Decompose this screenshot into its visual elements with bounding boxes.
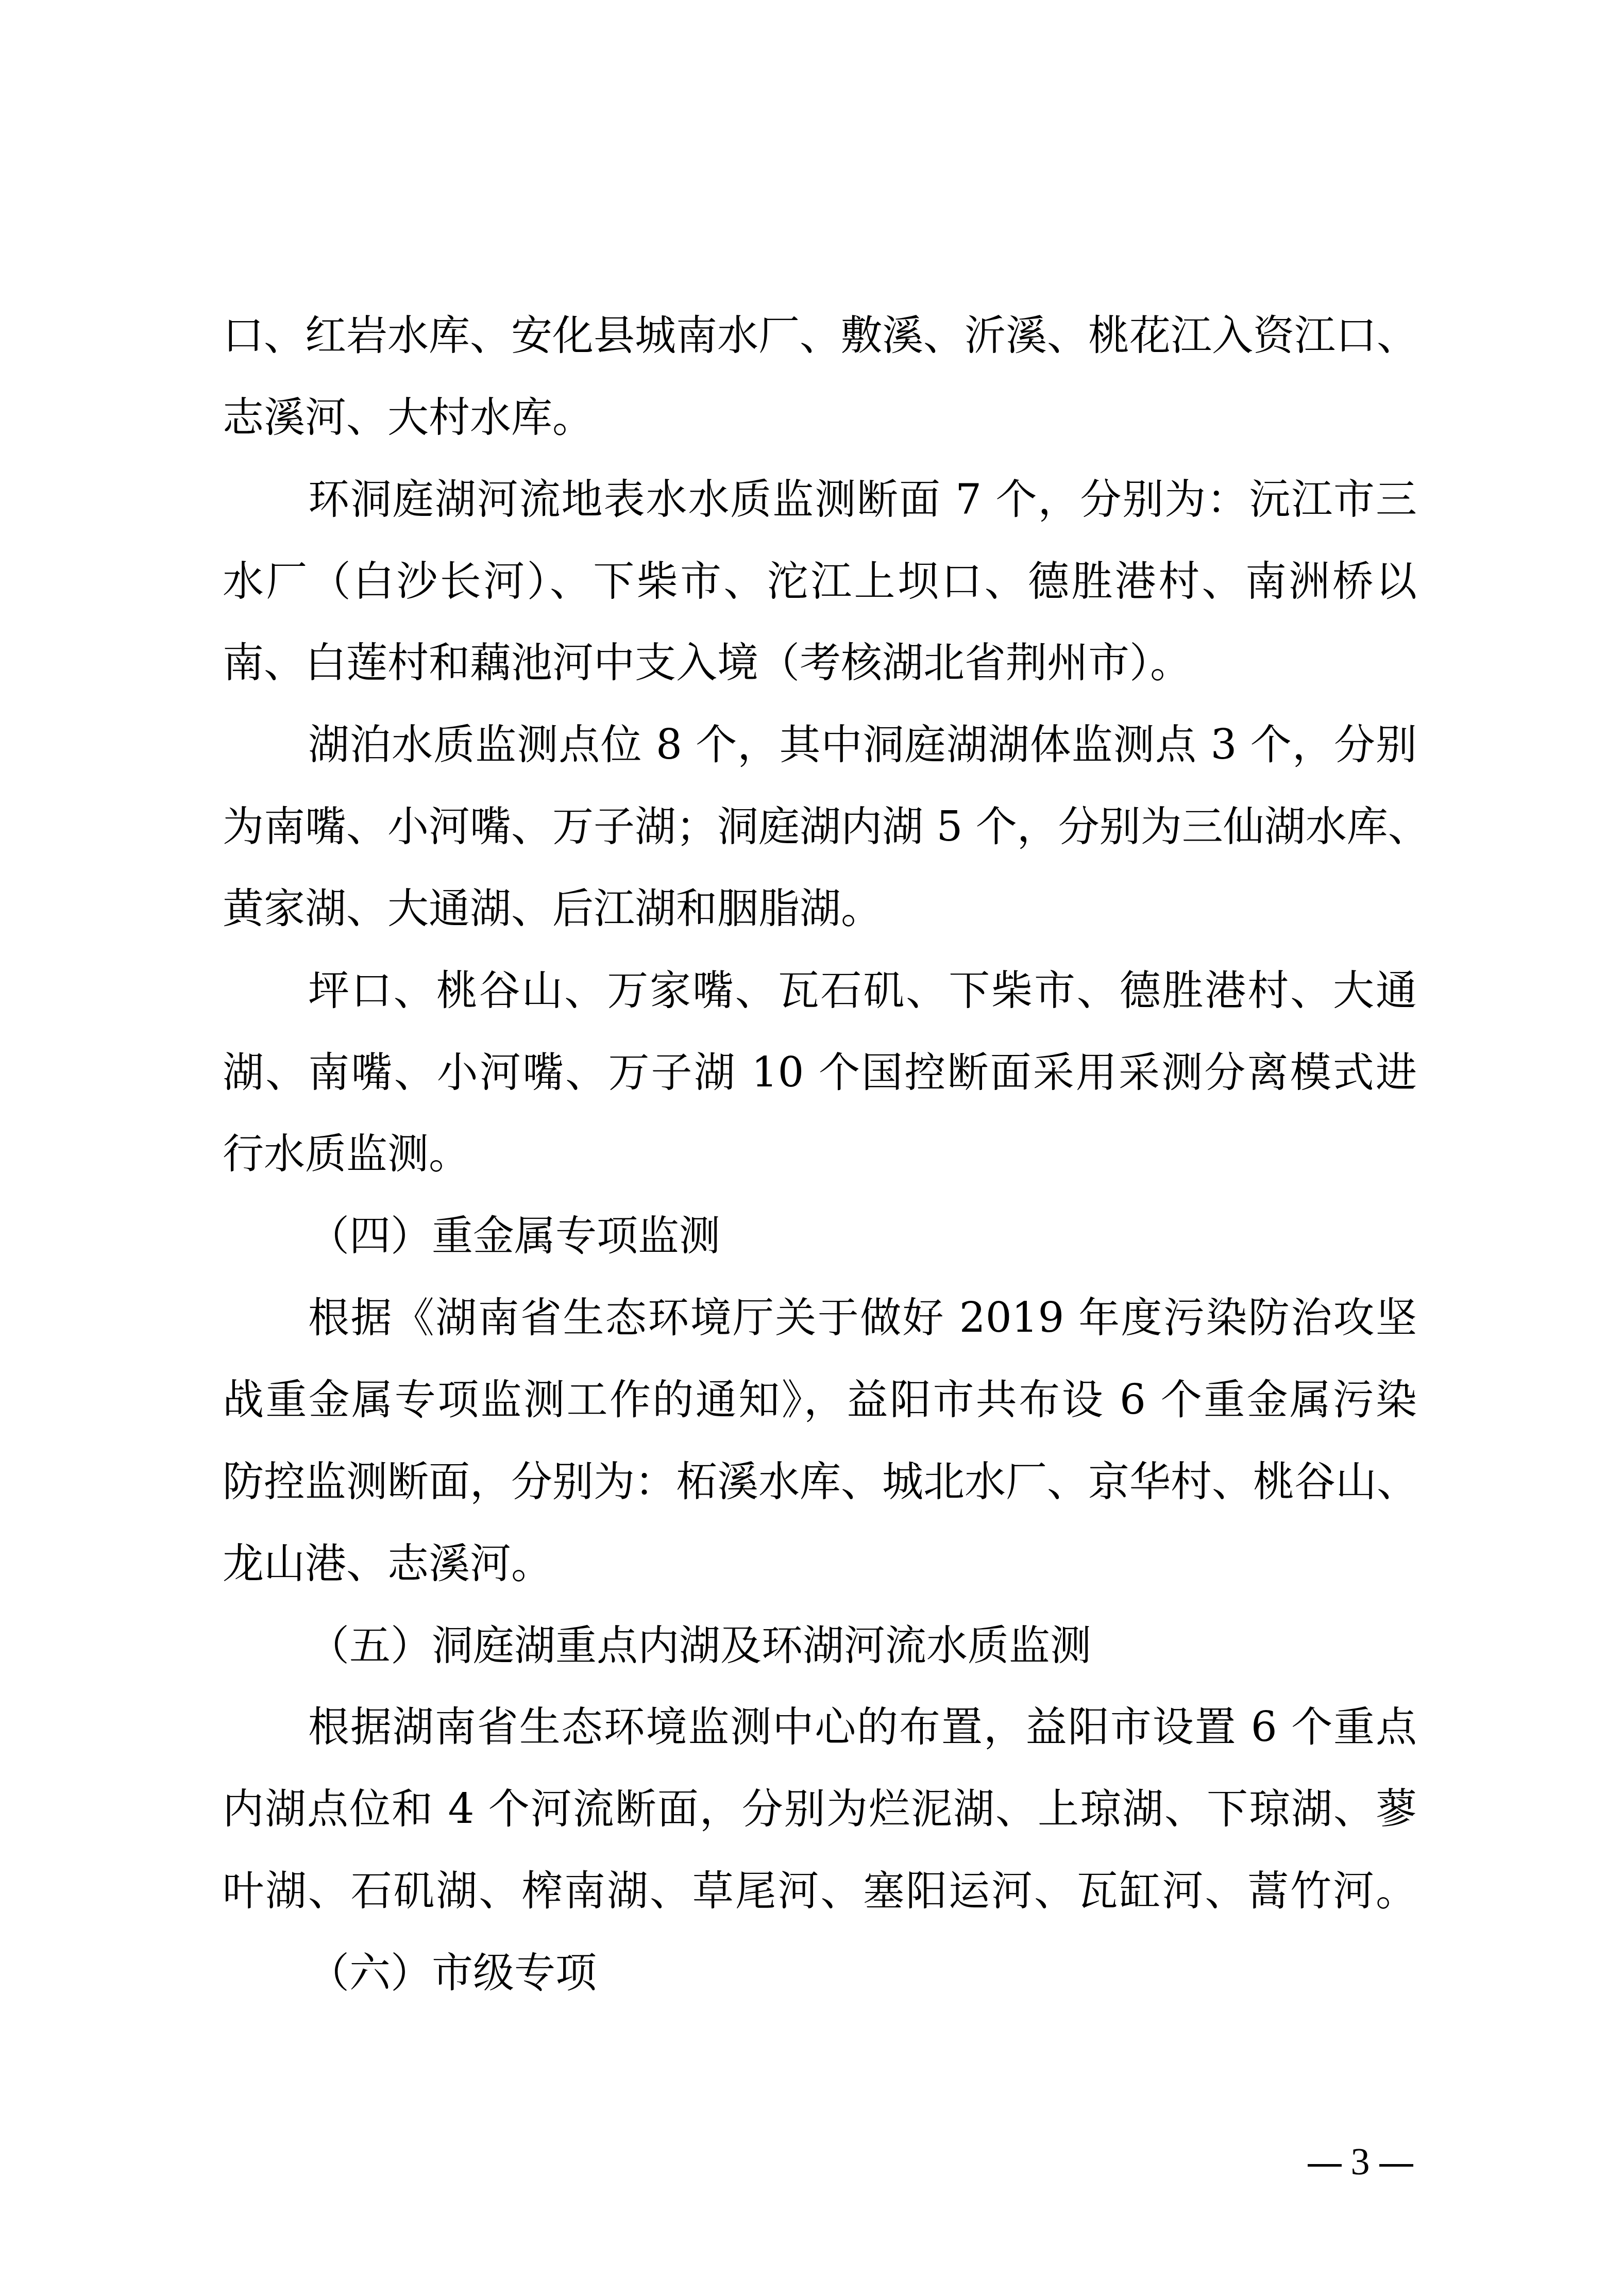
text-line-7: 为南嘴、小河嘴、万子湖；洞庭湖内湖 5 个，分别为三仙湖水库、 (223, 786, 1417, 868)
text-line-2: 志溪河、大村水库。 (223, 377, 1417, 459)
page-number: 3 (1273, 2139, 1448, 2185)
text-line-20: 叶湖、石矶湖、榨南湖、草尾河、塞阳运河、瓦缸河、蒿竹河。 (223, 1850, 1417, 1932)
text-line-10: 湖、南嘴、小河嘴、万子湖 10 个国控断面采用采测分离模式进 (223, 1032, 1417, 1114)
text-line-8: 黄家湖、大通湖、后江湖和胭脂湖。 (223, 868, 1417, 950)
text-line-18: 根据湖南省生态环境监测中心的布置，益阳市设置 6 个重点 (223, 1686, 1417, 1768)
text-line-19: 内湖点位和 4 个河流断面，分别为烂泥湖、上琼湖、下琼湖、蓼 (223, 1768, 1417, 1850)
text-line-13: 根据《湖南省生态环境厅关于做好 2019 年度污染防治攻坚 (223, 1277, 1417, 1359)
text-line-3: 环洞庭湖河流地表水水质监测断面 7 个，分别为：沅江市三 (223, 459, 1417, 541)
page-number-value: 3 (1351, 2139, 1370, 2185)
text-line-14: 战重金属专项监测工作的通知》，益阳市共布设 6 个重金属污染 (223, 1359, 1417, 1441)
page-number-right-dash (1379, 2164, 1413, 2167)
text-line-1: 口、红岩水库、安化县城南水厂、敷溪、沂溪、桃花江入资江口、 (223, 295, 1417, 377)
page-number-left-dash (1308, 2164, 1342, 2167)
text-line-15: 防控监测断面，分别为：柘溪水库、城北水厂、京华村、桃谷山、 (223, 1441, 1417, 1523)
text-line-11: 行水质监测。 (223, 1113, 1417, 1195)
text-line-5: 南、白莲村和藕池河中支入境（考核湖北省荆州市）。 (223, 622, 1417, 704)
section-heading-4: （四）重金属专项监测 (223, 1195, 1417, 1277)
text-line-4: 水厂（白沙长河）、下柴市、沱江上坝口、德胜港村、南洲桥以 (223, 541, 1417, 623)
text-line-9: 坪口、桃谷山、万家嘴、瓦石矶、下柴市、德胜港村、大通 (223, 950, 1417, 1032)
document-page: 口、红岩水库、安化县城南水厂、敷溪、沂溪、桃花江入资江口、 志溪河、大村水库。 … (0, 0, 1623, 2296)
text-line-6: 湖泊水质监测点位 8 个，其中洞庭湖湖体监测点 3 个，分别 (223, 704, 1417, 786)
section-heading-5: （五）洞庭湖重点内湖及环湖河流水质监测 (223, 1605, 1417, 1687)
text-line-16: 龙山港、志溪河。 (223, 1523, 1417, 1605)
section-heading-6: （六）市级专项 (223, 1932, 1417, 2014)
body-text-column: 口、红岩水库、安化县城南水厂、敷溪、沂溪、桃花江入资江口、 志溪河、大村水库。 … (223, 295, 1417, 2014)
